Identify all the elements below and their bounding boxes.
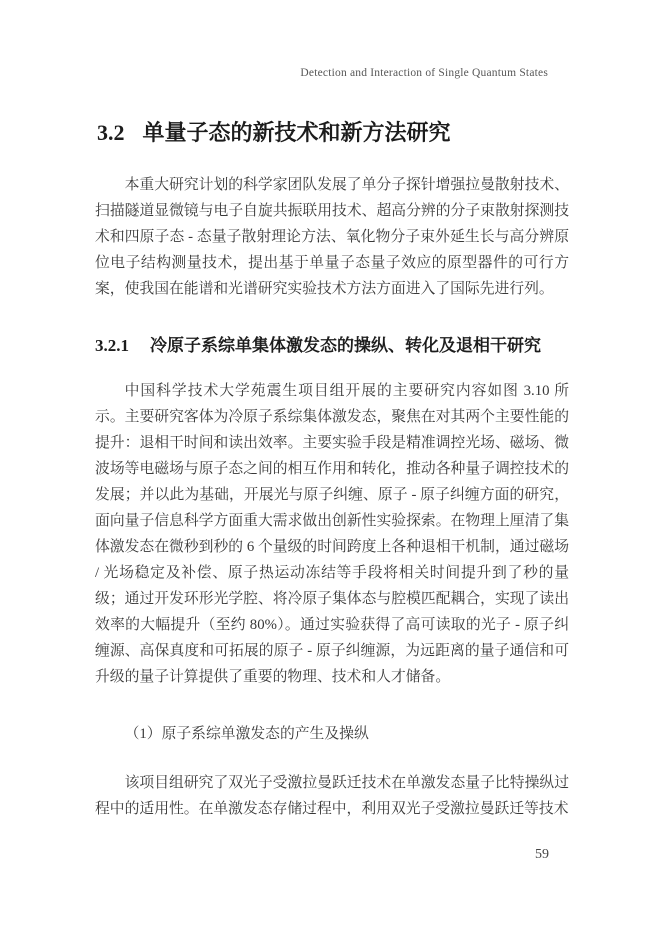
numbered-item-heading: （1）原子系综单激发态的产生及操纵 [95,721,569,747]
section-number: 3.2 [97,120,125,145]
numbered-item-paragraph: 该项目组研究了双光子受激拉曼跃迁技术在单激发态量子比特操纵过程中的适用性。在单激… [95,770,569,822]
page-number: 59 [535,847,549,863]
document-page: Detection and Interaction of Single Quan… [0,0,666,930]
section-title: 单量子态的新技术和新方法研究 [143,120,451,145]
subsection-number: 3.2.1 [95,336,129,355]
subsection-heading: 3.2.1冷原子系综单集体激发态的操纵、转化及退相干研究 [95,331,541,356]
subsection-paragraph: 中国科学技术大学苑震生项目组开展的主要研究内容如图 3.10 所示。主要研究客体… [95,378,569,690]
section-intro-paragraph: 本重大研究计划的科学家团队发展了单分子探针增强拉曼散射技术、扫描隧道显微镜与电子… [95,172,569,302]
section-heading: 3.2单量子态的新技术和新方法研究 [97,116,451,147]
running-header: Detection and Interaction of Single Quan… [300,67,548,79]
subsection-title: 冷原子系综单集体激发态的操纵、转化及退相干研究 [150,336,541,355]
